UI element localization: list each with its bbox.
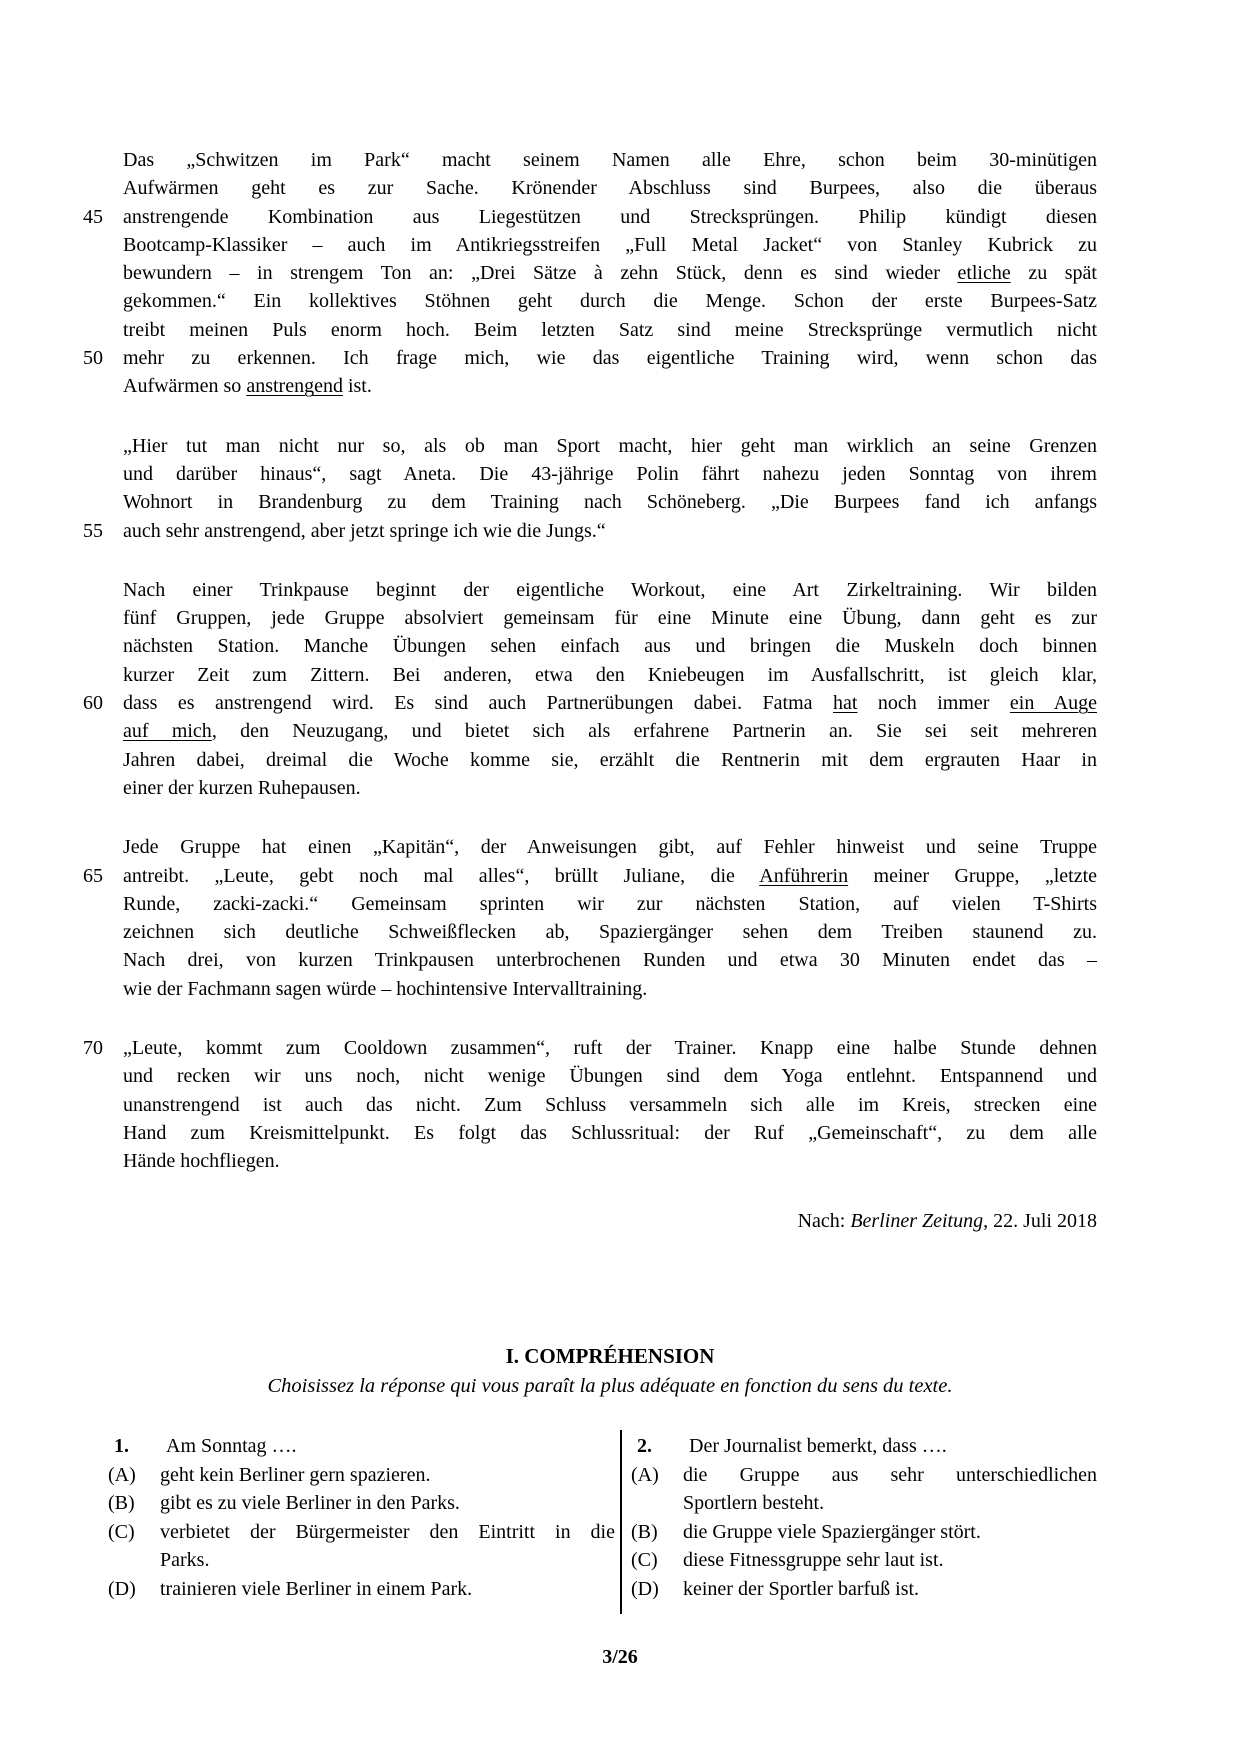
question-stem: Der Journalist bemerkt, dass …. [689,1432,1097,1461]
text-line: Aufwärmen so anstrengend ist. [123,372,1097,400]
paragraph: Jede Gruppe hat einen „Kapitän“, der Anw… [123,833,1097,1003]
text-line-content: mehr zu erkennen. Ich frage mich, wie da… [123,347,1097,369]
option-text: geht kein Berliner gern spazieren. [160,1461,615,1490]
text-line: nächsten Station. Manche Übungen sehen e… [123,632,1097,660]
text-line: Hand zum Kreismittelpunkt. Es folgt das … [123,1119,1097,1147]
text-line-content: Hand zum Kreismittelpunkt. Es folgt das … [123,1122,1097,1144]
text-line: 65antreibt. „Leute, gebt noch mal alles“… [123,862,1097,890]
text-line-content: Jede Gruppe hat einen „Kapitän“, der Anw… [123,836,1097,858]
comprehension-heading: I. COMPRÉHENSION [123,1344,1097,1369]
underlined-word: auf mich [123,720,212,742]
question-2: 2.Der Journalist bemerkt, dass ….(A)die … [631,1432,1097,1604]
text-line-content: bewundern – in strengem Ton an: „Drei Sä… [123,262,1097,284]
option-row: (D)trainieren viele Berliner in einem Pa… [108,1575,615,1604]
text-line: Bootcamp-Klassiker – auch im Antikriegss… [123,231,1097,259]
text-line-content: treibt meinen Puls enorm hoch. Beim letz… [123,319,1097,341]
question-number: 1. [108,1432,166,1461]
question-stem: Am Sonntag …. [166,1432,615,1461]
text-line-content: Nach einer Trinkpause beginnt der eigent… [123,579,1097,601]
question-stem-row: 1.Am Sonntag …. [108,1432,615,1461]
text-line-content: auf mich, den Neuzugang, und bietet sich… [123,720,1097,742]
option-line: trainieren viele Berliner in einem Park. [160,1575,615,1604]
text-line: Aufwärmen geht es zur Sache. Krönender A… [123,174,1097,202]
option-label: (B) [631,1518,683,1547]
text-line: treibt meinen Puls enorm hoch. Beim letz… [123,316,1097,344]
option-text: gibt es zu viele Berliner in den Parks. [160,1489,615,1518]
text-line-content: „Hier tut man nicht nur so, als ob man S… [123,435,1097,457]
underlined-word: ein Auge [1010,692,1097,714]
text-line: 50mehr zu erkennen. Ich frage mich, wie … [123,344,1097,372]
text-line: Hände hochfliegen. [123,1147,1097,1175]
underlined-word: etliche [957,262,1010,284]
underlined-word: anstrengend [246,375,343,397]
text-line: 45anstrengende Kombination aus Liegestüt… [123,203,1097,231]
line-number: 55 [83,517,119,545]
option-line: die Gruppe aus sehr unterschiedlichen [683,1461,1097,1490]
text-line: auf mich, den Neuzugang, und bietet sich… [123,717,1097,745]
exam-page: Das „Schwitzen im Park“ macht seinem Nam… [0,0,1240,1754]
source-suffix: , 22. Juli 2018 [983,1210,1097,1232]
option-text: die Gruppe aus sehr unterschiedlichenSpo… [683,1461,1097,1518]
text-line-content: Aufwärmen geht es zur Sache. Krönender A… [123,177,1097,199]
underlined-word: Anführerin [759,865,848,887]
option-label: (D) [108,1575,160,1604]
text-line-content: kurzer Zeit zum Zittern. Bei anderen, et… [123,664,1097,686]
text-line-content: dass es anstrengend wird. Es sind auch P… [123,692,1097,714]
source-title: Berliner Zeitung [850,1210,983,1232]
text-line: 70„Leute, kommt zum Cooldown zusammen“, … [123,1034,1097,1062]
reading-text: Das „Schwitzen im Park“ macht seinem Nam… [123,146,1097,1235]
text-line: 60dass es anstrengend wird. Es sind auch… [123,689,1097,717]
option-row: (B)die Gruppe viele Spaziergänger stört. [631,1518,1097,1547]
option-row: (D)keiner der Sportler barfuß ist. [631,1575,1097,1604]
text-line-content: Nach drei, von kurzen Trinkpausen unterb… [123,949,1097,971]
text-line-content: gekommen.“ Ein kollektives Stöhnen geht … [123,290,1097,312]
option-text: verbietet der Bürgermeister den Eintritt… [160,1518,615,1575]
text-line: Jahren dabei, dreimal die Woche komme si… [123,746,1097,774]
line-number: 50 [83,344,119,372]
line-number: 65 [83,862,119,890]
option-row: (A)geht kein Berliner gern spazieren. [108,1461,615,1490]
text-line-content: einer der kurzen Ruhepausen. [123,777,361,799]
line-number: 60 [83,689,119,717]
text-line-content: Jahren dabei, dreimal die Woche komme si… [123,749,1097,771]
text-line-content: Das „Schwitzen im Park“ macht seinem Nam… [123,149,1097,171]
option-row: (C)verbietet der Bürgermeister den Eintr… [108,1518,615,1575]
option-label: (B) [108,1489,160,1518]
option-line: gibt es zu viele Berliner in den Parks. [160,1489,615,1518]
text-line: zeichnen sich deutliche Schweißflecken a… [123,918,1097,946]
text-line: und darüber hinaus“, sagt Aneta. Die 43-… [123,460,1097,488]
line-number: 45 [83,203,119,231]
text-line-content: und recken wir uns noch, nicht wenige Üb… [123,1065,1097,1087]
text-line: Nach drei, von kurzen Trinkpausen unterb… [123,946,1097,974]
option-text: keiner der Sportler barfuß ist. [683,1575,1097,1604]
question-1: 1.Am Sonntag ….(A)geht kein Berliner ger… [108,1432,615,1604]
option-row: (A)die Gruppe aus sehr unterschiedlichen… [631,1461,1097,1518]
text-line-content: fünf Gruppen, jede Gruppe absolviert gem… [123,607,1097,629]
source-prefix: Nach: [798,1210,851,1232]
underlined-word: hat [833,692,857,714]
question-stem-row: 2.Der Journalist bemerkt, dass …. [631,1432,1097,1461]
text-line: „Hier tut man nicht nur so, als ob man S… [123,432,1097,460]
text-line-content: zeichnen sich deutliche Schweißflecken a… [123,921,1097,943]
option-label: (A) [631,1461,683,1490]
option-text: trainieren viele Berliner in einem Park. [160,1575,615,1604]
option-line: keiner der Sportler barfuß ist. [683,1575,1097,1604]
option-label: (C) [108,1518,160,1547]
text-line: Nach einer Trinkpause beginnt der eigent… [123,576,1097,604]
option-text: die Gruppe viele Spaziergänger stört. [683,1518,1097,1547]
option-line: diese Fitnessgruppe sehr laut ist. [683,1546,1097,1575]
text-line: Das „Schwitzen im Park“ macht seinem Nam… [123,146,1097,174]
column-divider [620,1430,622,1614]
option-line: Sportlern besteht. [683,1489,1097,1518]
line-number: 70 [83,1034,119,1062]
text-line: Runde, zacki-zacki.“ Gemeinsam sprinten … [123,890,1097,918]
text-line-content: auch sehr anstrengend, aber jetzt spring… [123,520,606,542]
text-line-content: anstrengende Kombination aus Liegestütze… [123,206,1097,228]
text-line-content: antreibt. „Leute, gebt noch mal alles“, … [123,865,1097,887]
option-label: (D) [631,1575,683,1604]
text-line: 55auch sehr anstrengend, aber jetzt spri… [123,517,1097,545]
text-line: Wohnort in Brandenburg zu dem Training n… [123,488,1097,516]
option-row: (C)diese Fitnessgruppe sehr laut ist. [631,1546,1097,1575]
option-line: Parks. [160,1546,615,1575]
text-line: gekommen.“ Ein kollektives Stöhnen geht … [123,287,1097,315]
text-line: einer der kurzen Ruhepausen. [123,774,1097,802]
source-line: Nach: Berliner Zeitung, 22. Juli 2018 [123,1207,1097,1235]
option-row: (B)gibt es zu viele Berliner in den Park… [108,1489,615,1518]
text-line: fünf Gruppen, jede Gruppe absolviert gem… [123,604,1097,632]
option-line: geht kein Berliner gern spazieren. [160,1461,615,1490]
text-line: kurzer Zeit zum Zittern. Bei anderen, et… [123,661,1097,689]
text-line-content: nächsten Station. Manche Übungen sehen e… [123,635,1097,657]
question-number: 2. [631,1432,689,1461]
option-line: verbietet der Bürgermeister den Eintritt… [160,1518,615,1547]
page-number: 3/26 [0,1646,1240,1669]
text-line-content: Runde, zacki-zacki.“ Gemeinsam sprinten … [123,893,1097,915]
option-line: die Gruppe viele Spaziergänger stört. [683,1518,1097,1547]
comprehension-section: 1.Am Sonntag ….(A)geht kein Berliner ger… [0,1432,1240,1632]
text-line-content: Aufwärmen so anstrengend ist. [123,375,372,397]
text-line-content: Bootcamp-Klassiker – auch im Antikriegss… [123,234,1097,256]
text-line: bewundern – in strengem Ton an: „Drei Sä… [123,259,1097,287]
paragraph: Das „Schwitzen im Park“ macht seinem Nam… [123,146,1097,401]
option-label: (A) [108,1461,160,1490]
text-line-content: unanstrengend ist auch das nicht. Zum Sc… [123,1094,1097,1116]
text-line-content: wie der Fachmann sagen würde – hochinten… [123,978,647,1000]
text-line-content: Hände hochfliegen. [123,1150,280,1172]
text-line: unanstrengend ist auch das nicht. Zum Sc… [123,1091,1097,1119]
text-line-content: und darüber hinaus“, sagt Aneta. Die 43-… [123,463,1097,485]
text-line: wie der Fachmann sagen würde – hochinten… [123,975,1097,1003]
text-line-content: „Leute, kommt zum Cooldown zusammen“, ru… [123,1037,1097,1059]
paragraph: 70„Leute, kommt zum Cooldown zusammen“, … [123,1034,1097,1175]
text-line-content: Wohnort in Brandenburg zu dem Training n… [123,491,1097,513]
text-line: Jede Gruppe hat einen „Kapitän“, der Anw… [123,833,1097,861]
text-line: und recken wir uns noch, nicht wenige Üb… [123,1062,1097,1090]
option-label: (C) [631,1546,683,1575]
comprehension-instruction: Choisissez la réponse qui vous paraît la… [123,1375,1097,1398]
option-text: diese Fitnessgruppe sehr laut ist. [683,1546,1097,1575]
paragraph: Nach einer Trinkpause beginnt der eigent… [123,576,1097,802]
paragraph: „Hier tut man nicht nur so, als ob man S… [123,432,1097,545]
